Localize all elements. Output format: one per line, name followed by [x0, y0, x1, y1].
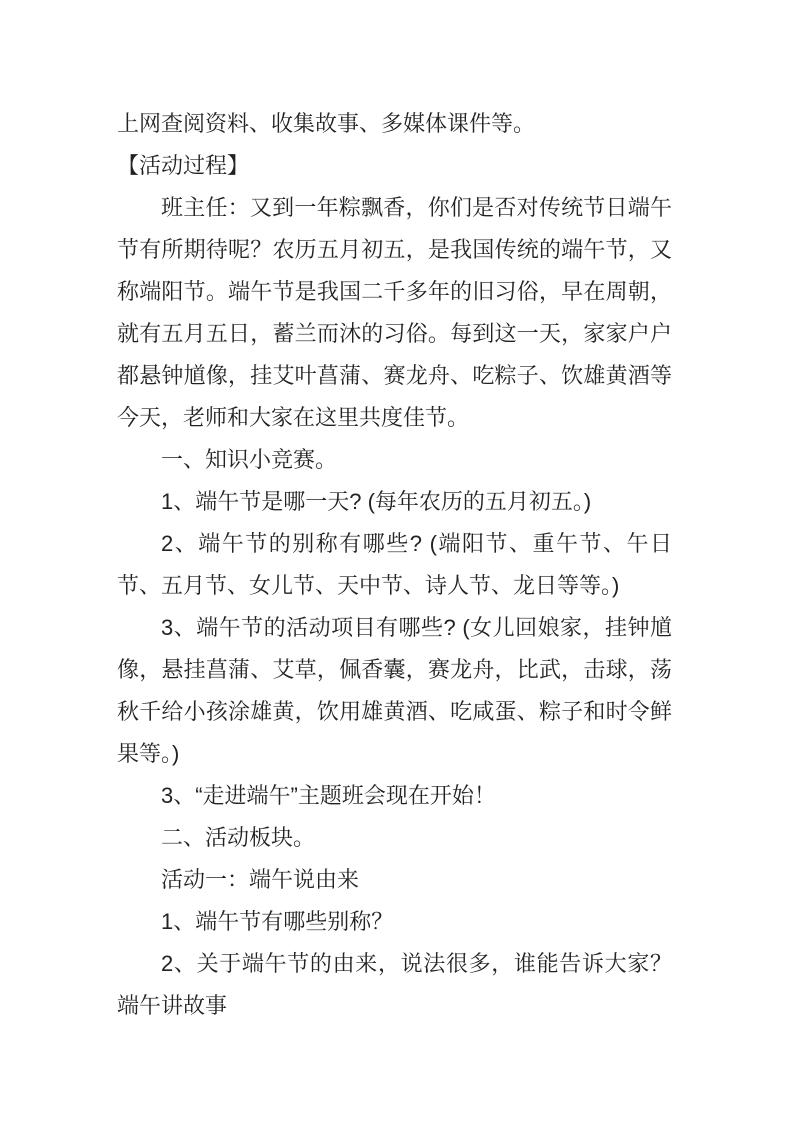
paragraph: 1、端午节是哪一天? (每年农历的五月初五。): [117, 481, 672, 523]
paragraph: 3、“走进端午”主题班会现在开始！: [117, 775, 672, 817]
paragraph: 一、知识小竞赛。: [117, 439, 672, 481]
document-body: 上网查阅资料、收集故事、多媒体课件等。【活动过程】班主任：又到一年粽飘香，你们是…: [117, 103, 672, 1027]
document-page: 上网查阅资料、收集故事、多媒体课件等。【活动过程】班主任：又到一年粽飘香，你们是…: [0, 0, 793, 1122]
paragraph: 2、端午节的别称有哪些? (端阳节、重午节、午日节、五月节、女儿节、天中节、诗人…: [117, 523, 672, 607]
paragraph: 二、活动板块。: [117, 817, 672, 859]
paragraph: 1、端午节有哪些别称？: [117, 901, 672, 943]
paragraph: 3、端午节的活动项目有哪些? (女儿回娘家，挂钟馗像，悬挂菖蒲、艾草，佩香囊，赛…: [117, 607, 672, 775]
paragraph: 2、关于端午节的由来，说法很多，谁能告诉大家？端午讲故事: [117, 943, 672, 1027]
paragraph: 班主任：又到一年粽飘香，你们是否对传统节日端午节有所期待呢？农历五月初五，是我国…: [117, 187, 672, 439]
paragraph: 上网查阅资料、收集故事、多媒体课件等。: [117, 103, 672, 145]
paragraph: 活动一：端午说由来: [117, 859, 672, 901]
paragraph: 【活动过程】: [117, 145, 672, 187]
